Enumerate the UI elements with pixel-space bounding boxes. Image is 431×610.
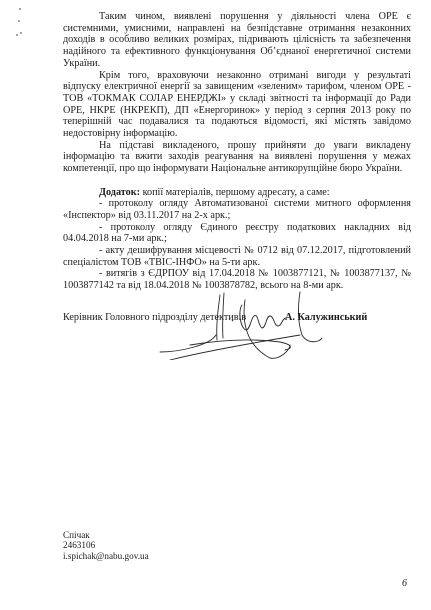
- contact-phone: 2463106: [63, 540, 149, 550]
- paragraph-false-reporting: Крім того, враховуючи незаконно отримані…: [63, 70, 411, 140]
- handwritten-signature-icon: [150, 290, 325, 360]
- document-page: Таким чином, виявлені порушення у діяльн…: [0, 0, 431, 610]
- signatory-position: Керівник Головного підрозділу детективів: [63, 312, 246, 324]
- margin-mark: [16, 34, 18, 36]
- annex-heading: Додаток: копії матеріалів, першому адрес…: [63, 187, 411, 199]
- contact-email: i.spichak@nabu.gov.ua: [63, 551, 149, 561]
- margin-mark: [19, 8, 21, 10]
- annex-label: Додаток:: [99, 187, 140, 198]
- document-body: Таким чином, виявлені порушення у діяльн…: [63, 11, 411, 292]
- annex-item-inspector-protocol: - протоколу огляду Автоматизованої систе…: [63, 198, 411, 221]
- paragraph-conclusion: Таким чином, виявлені порушення у діяльн…: [63, 11, 411, 70]
- paragraph-request: На підставі викладеного, прошу прийняти …: [63, 140, 411, 175]
- margin-mark: [20, 32, 22, 34]
- page-number: 6: [402, 578, 407, 589]
- annex-item-terrain-act: - акту дешифрування місцевості № 0712 ві…: [63, 245, 411, 268]
- margin-mark: [18, 20, 20, 22]
- annex-item-tax-registry-protocol: - протоколу огляду Єдиного реєстру подат…: [63, 222, 411, 245]
- signatory-name: А. Калужинський: [285, 312, 367, 324]
- spacer: [63, 175, 411, 187]
- contact-name: Спічак: [63, 530, 149, 540]
- annex-intro: копії матеріалів, першому адресату, а са…: [140, 187, 330, 198]
- annex-item-edrpou-extracts: - витягів з ЄДРПОУ від 17.04.2018 № 1003…: [63, 268, 411, 291]
- contact-block: Спічак 2463106 i.spichak@nabu.gov.ua: [63, 530, 149, 561]
